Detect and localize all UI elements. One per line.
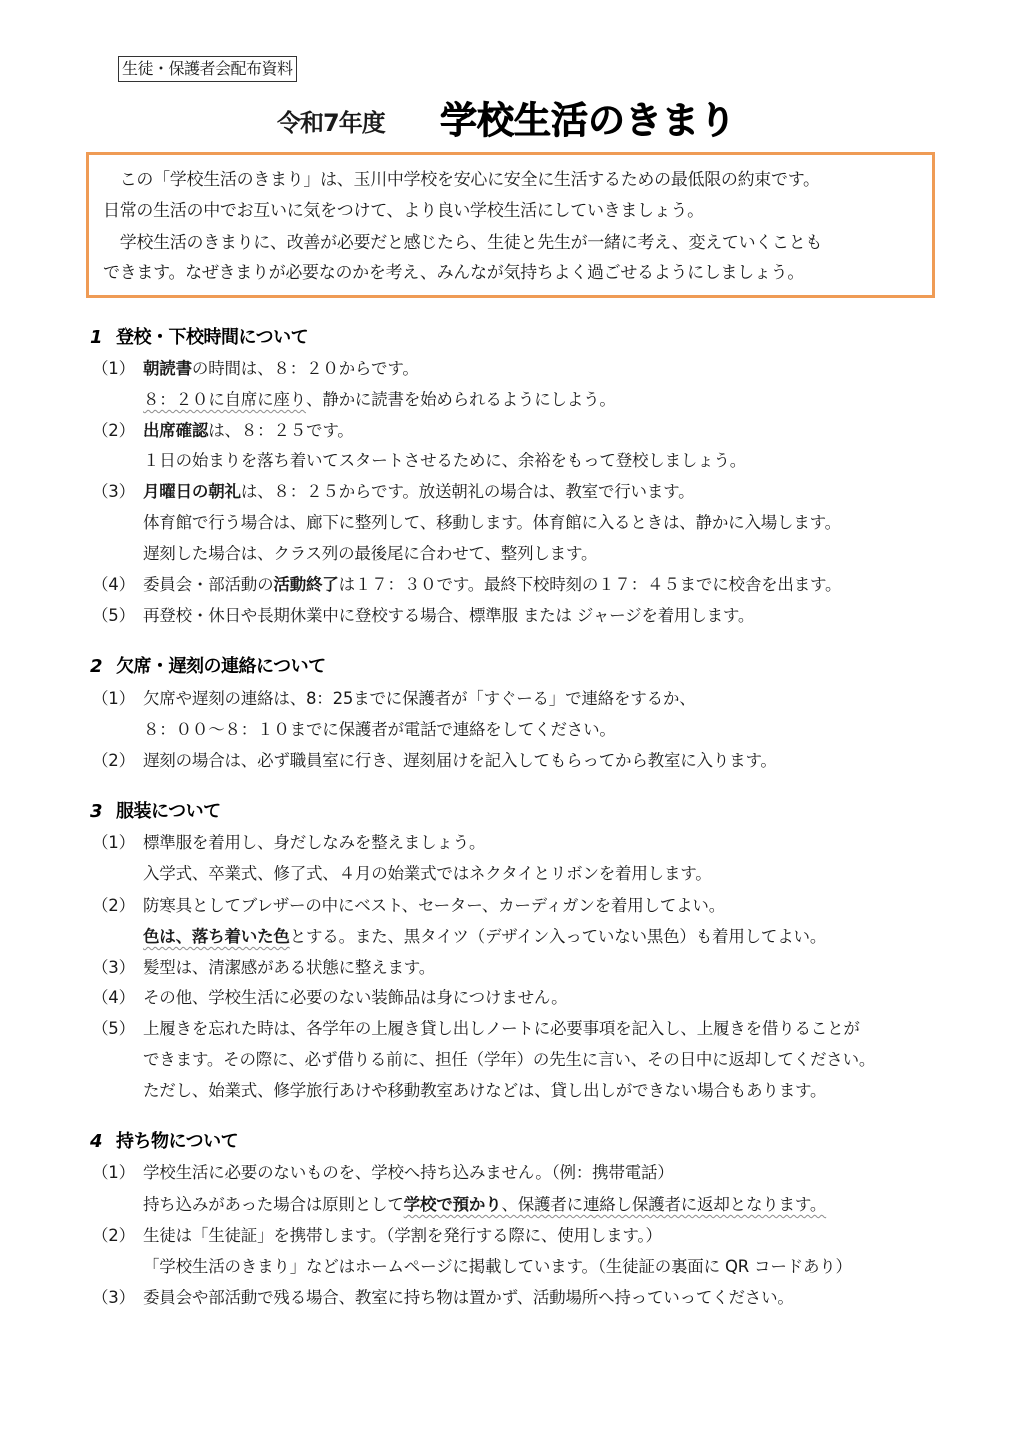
item-marker: （1） <box>92 1162 143 1184</box>
item-text: 委員会・部活動の <box>143 575 273 594</box>
item-marker: （5） <box>92 1018 143 1040</box>
item-marker: （1） <box>92 358 143 380</box>
item-text: 持ち込みがあった場合は原則として <box>143 1195 404 1214</box>
item-text: です。最終下校時刻の１７：４５までに校舎を出ます。 <box>436 575 841 594</box>
bold-term: 出席確認 <box>143 421 208 440</box>
item-marker: （3） <box>92 481 143 503</box>
list-item: （2）防寒具としてブレザーの中にベスト、セーター、カーディガンを着用してよい。 <box>92 895 725 917</box>
section-title: 持ち物について <box>116 1131 238 1152</box>
list-subitem: 色は、落ち着いた色とする。また、黒タイツ（デザイン入っていない黒色）も着用してよ… <box>143 926 826 948</box>
list-item: （5）上履きを忘れた時は、各学年の上履き貸し出しノートに必要事項を記入し、上履き… <box>92 1018 860 1040</box>
item-text: は <box>339 575 355 594</box>
intro-line: できます。なぜきまりが必要なのかを考え、みんなが気持ちよく過ごせるようにしましょ… <box>103 262 804 284</box>
list-subitem: １日の始まりを落ち着いてスタートさせるために、余裕をもって登校しましょう。 <box>143 450 746 472</box>
list-item: （3）髪型は、清潔感がある状態に整えます。 <box>92 957 435 979</box>
list-item: （2）出席確認は、８：２５です。 <box>92 420 354 442</box>
list-item: （2）遅刻の場合は、必ず職員室に行き、遅刻届けを記入してもらってから教室に入りま… <box>92 750 777 772</box>
list-subitem: 「学校生活のきまり」などはホームページに掲載しています。（生徒証の裏面に QR … <box>143 1256 852 1278</box>
item-marker: （4） <box>92 987 143 1009</box>
page-title: 令和7年度 学校生活のきまり <box>0 98 1024 144</box>
list-item: （1）学校生活に必要のないものを、学校へ持ち込みません。（例：携帯電話） <box>92 1162 674 1184</box>
item-marker: （4） <box>92 574 143 596</box>
intro-line: 学校生活のきまりに、改善が必要だと感じたら、生徒と先生が一緒に考え、変えていくこ… <box>103 232 822 254</box>
item-marker: （2） <box>92 1225 143 1247</box>
item-marker: （3） <box>92 1287 143 1309</box>
item-marker: （1） <box>92 688 143 710</box>
time-value: ８：２５ <box>273 482 338 501</box>
underlined-bold-text: 学校で預かり <box>404 1195 502 1214</box>
time-value: ８：２５ <box>241 421 306 440</box>
item-text: 委員会や部活動で残る場合、教室に持ち物は置かず、活動場所へ持っていってください。 <box>143 1288 794 1307</box>
list-subitem: ８：００～８：１０までに保護者が電話で連絡をしてください。 <box>143 719 616 741</box>
section-heading: 3服装について <box>90 800 221 824</box>
item-text: 欠席や遅刻の連絡は、8：25までに保護者が「すぐーる」で連絡をするか、 <box>143 689 696 708</box>
item-text: の時間は、 <box>192 359 274 378</box>
list-subitem: ただし、始業式、修学旅行あけや移動教室あけなどは、貸し出しができない場合もありま… <box>143 1080 826 1102</box>
item-text: 上履きを忘れた時は、各学年の上履き貸し出しノートに必要事項を記入し、上履きを借り… <box>143 1019 860 1038</box>
section-title: 欠席・遅刻の連絡について <box>116 656 326 677</box>
item-text: とする。また、黒タイツ（デザイン入っていない黒色）も着用してよい。 <box>290 927 826 946</box>
item-marker: （1） <box>92 832 143 854</box>
distribution-label: 生徒・保護者会配布資料 <box>118 56 297 82</box>
section-heading: 1登校・下校時間について <box>90 326 308 350</box>
item-text: からです。放送朝礼の場合は、教室で行います。 <box>339 482 695 501</box>
underlined-text: ８：２０に自席に座り <box>143 390 306 409</box>
underlined-text: 、保護者に連絡し保護者に返却となります。 <box>501 1195 826 1214</box>
section-number: 4 <box>90 1130 116 1154</box>
list-subitem: できます。その際に、必ず借りる前に、担任（学年）の先生に言い、その日中に返却して… <box>143 1049 875 1071</box>
item-text: からです。 <box>339 359 419 378</box>
list-item: （4）委員会・部活動の活動終了は１７：３０です。最終下校時刻の１７：４５までに校… <box>92 574 841 596</box>
section-title: 服装について <box>116 801 221 822</box>
section-number: 3 <box>90 800 116 824</box>
bold-term: 活動終了 <box>273 575 338 594</box>
time-value: ８：２０ <box>273 359 338 378</box>
list-item: （4）その他、学校生活に必要のない装飾品は身につけません。 <box>92 987 567 1009</box>
section-heading: 4持ち物について <box>90 1130 238 1154</box>
list-item: （1）欠席や遅刻の連絡は、8：25までに保護者が「すぐーる」で連絡をするか、 <box>92 688 696 710</box>
item-marker: （2） <box>92 750 143 772</box>
intro-line: この「学校生活のきまり」は、玉川中学校を安心に安全に生活するための最低限の約束で… <box>103 169 820 191</box>
list-subitem: 持ち込みがあった場合は原則として学校で預かり、保護者に連絡し保護者に返却となりま… <box>143 1194 826 1216</box>
list-subitem: 体育館で行う場合は、廊下に整列して、移動します。体育館に入るときは、静かに入場し… <box>143 512 841 534</box>
item-text: 生徒は「生徒証」を携帯します。（学割を発行する際に、使用します。） <box>143 1226 662 1245</box>
item-marker: （3） <box>92 957 143 979</box>
section-number: 2 <box>90 655 116 679</box>
item-text: 髪型は、清潔感がある状態に整えます。 <box>143 958 435 977</box>
item-marker: （2） <box>92 895 143 917</box>
time-value: １７：３０ <box>355 575 437 594</box>
item-text: 、静かに読書を始められるようにしよう。 <box>306 390 616 409</box>
title-main: 学校生活のきまり <box>440 98 736 144</box>
section-heading: 2欠席・遅刻の連絡について <box>90 655 326 679</box>
item-marker: （2） <box>92 420 143 442</box>
item-text: は、 <box>241 482 274 501</box>
list-item: （5）再登校・休日や長期休業中に登校する場合、標準服 または ジャージを着用しま… <box>92 605 754 627</box>
list-item: （1）朝読書の時間は、８：２０からです。 <box>92 358 419 380</box>
list-item: （3）月曜日の朝礼は、８：２５からです。放送朝礼の場合は、教室で行います。 <box>92 481 694 503</box>
list-subitem: 入学式、卒業式、修了式、４月の始業式ではネクタイとリボンを着用します。 <box>143 863 712 885</box>
section-number: 1 <box>90 326 116 350</box>
intro-line: 日常の生活の中でお互いに気をつけて、より良い学校生活にしていきましょう。 <box>103 200 704 222</box>
item-text: 標準服を着用し、身だしなみを整えましょう。 <box>143 833 485 852</box>
item-text: です。 <box>306 421 354 440</box>
item-text: 再登校・休日や長期休業中に登校する場合、標準服 または ジャージを着用します。 <box>143 606 754 625</box>
item-text: は、 <box>208 421 241 440</box>
item-text: 学校生活に必要のないものを、学校へ持ち込みません。（例：携帯電話） <box>143 1163 674 1182</box>
list-subitem: ８：２０に自席に座り、静かに読書を始められるようにしよう。 <box>143 389 616 411</box>
title-year: 令和7年度 <box>277 106 385 140</box>
list-item: （3）委員会や部活動で残る場合、教室に持ち物は置かず、活動場所へ持っていってくだ… <box>92 1287 794 1309</box>
underlined-bold-text: 色は、落ち着いた色 <box>143 927 290 946</box>
item-text: 防寒具としてブレザーの中にベスト、セーター、カーディガンを着用してよい。 <box>143 896 725 915</box>
intro-box: この「学校生活のきまり」は、玉川中学校を安心に安全に生活するための最低限の約束で… <box>86 152 935 298</box>
list-item: （1）標準服を着用し、身だしなみを整えましょう。 <box>92 832 485 854</box>
item-text: 遅刻の場合は、必ず職員室に行き、遅刻届けを記入してもらってから教室に入ります。 <box>143 751 777 770</box>
item-text: その他、学校生活に必要のない装飾品は身につけません。 <box>143 988 567 1007</box>
section-title: 登校・下校時間について <box>116 327 308 348</box>
list-subitem: 遅刻した場合は、クラス列の最後尾に合わせて、整列します。 <box>143 543 597 565</box>
list-item: （2）生徒は「生徒証」を携帯します。（学割を発行する際に、使用します。） <box>92 1225 662 1247</box>
bold-term: 朝読書 <box>143 359 192 378</box>
item-marker: （5） <box>92 605 143 627</box>
bold-term: 月曜日の朝礼 <box>143 482 241 501</box>
